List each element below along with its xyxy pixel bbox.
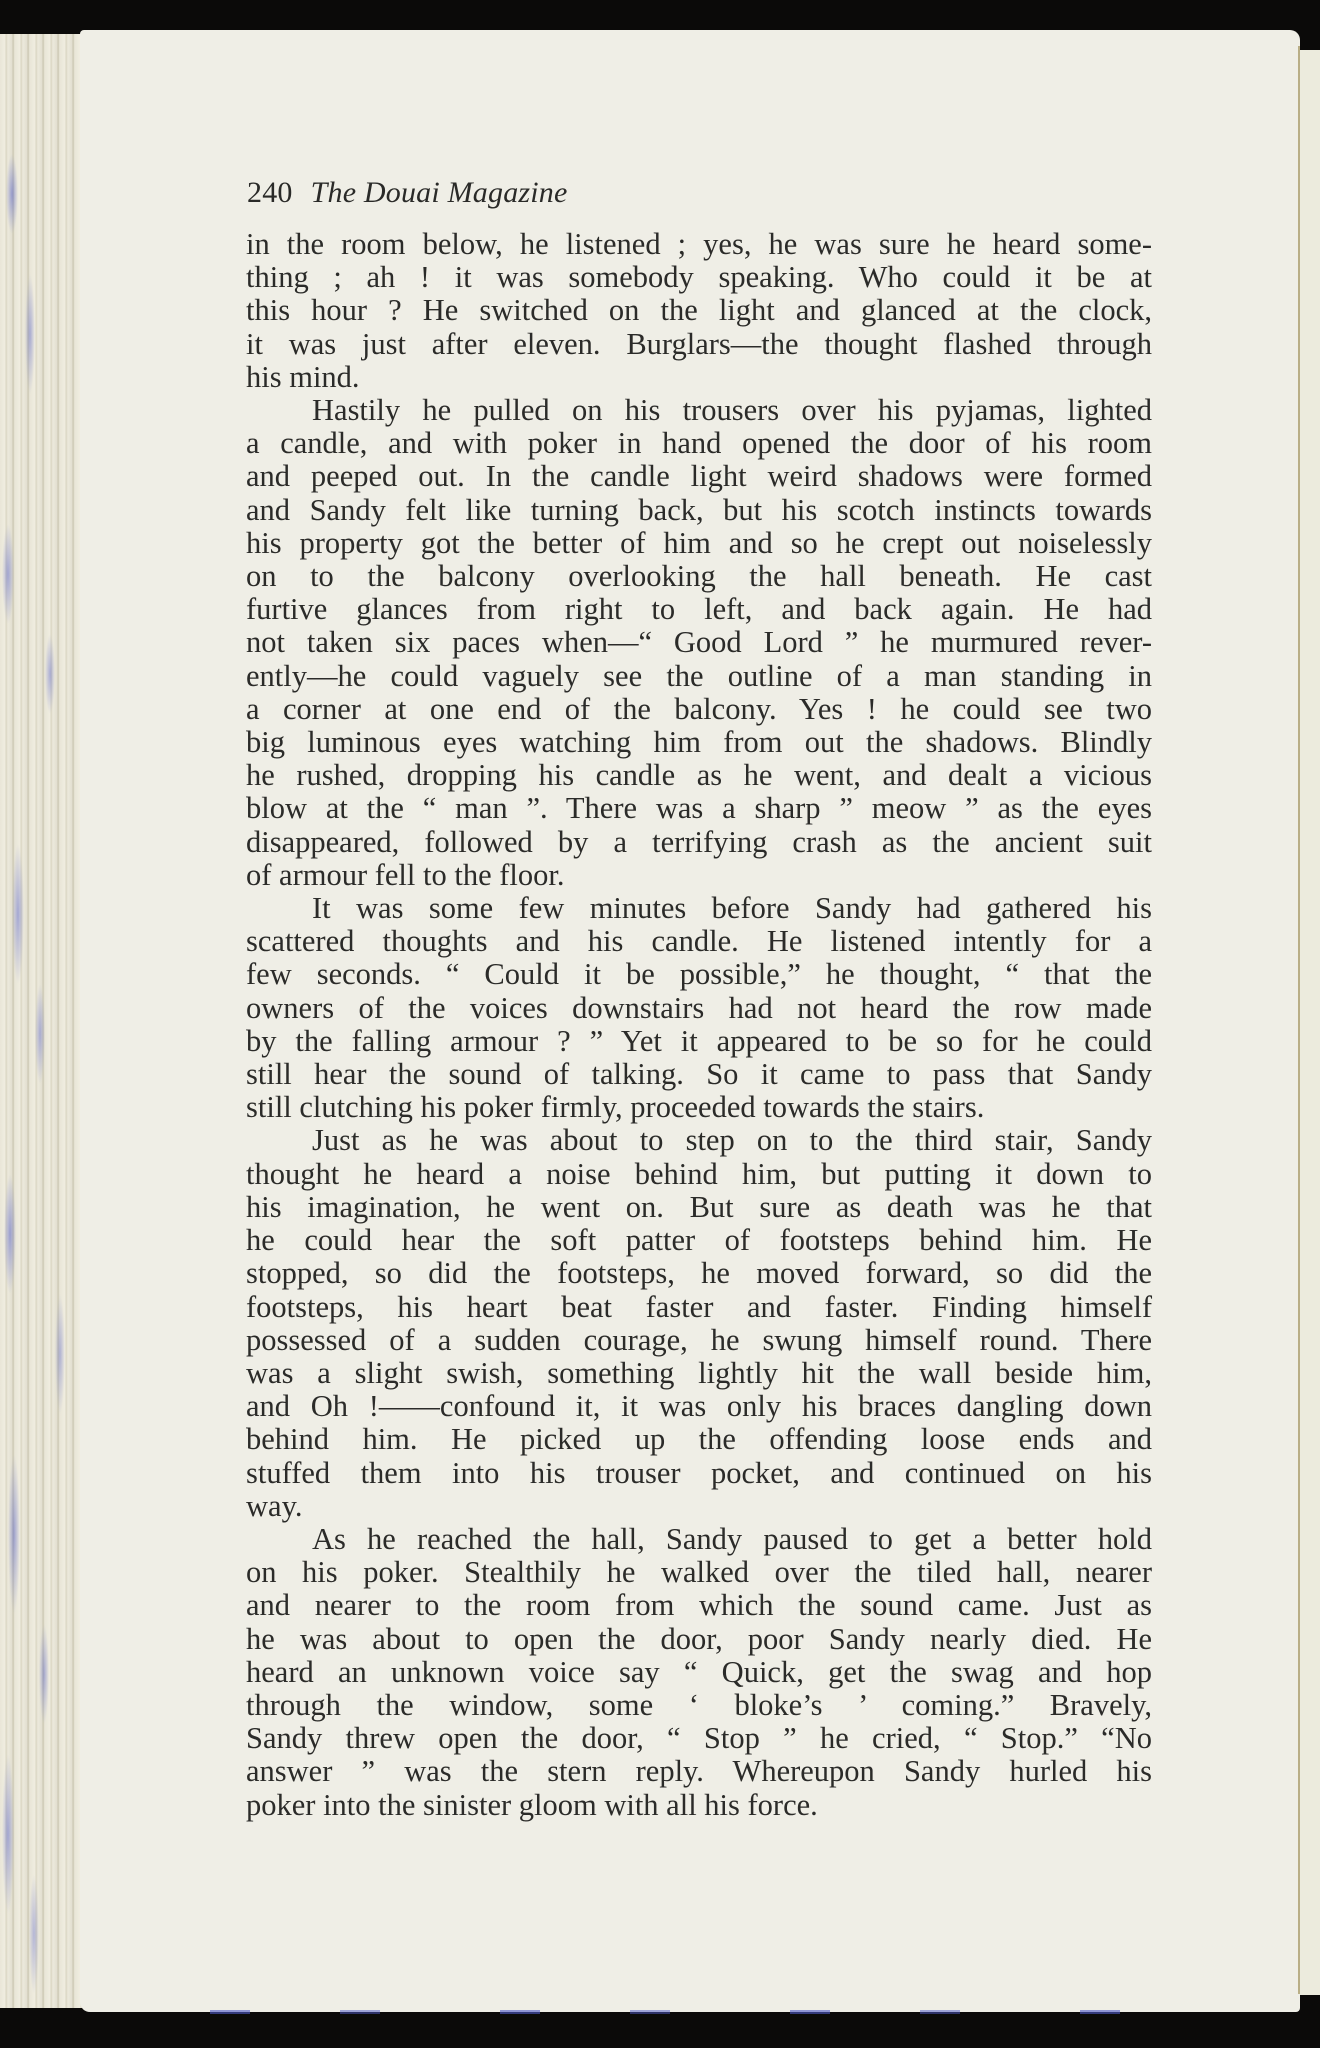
text-line: a candle, and with poker in hand opened … [246, 427, 1152, 460]
text-line: heard an unknown voice say “ Quick, get … [246, 1656, 1152, 1689]
text-line: answer ” was the stern reply. Whereupon … [246, 1755, 1152, 1788]
text-line: he was about to open the door, poor Sand… [246, 1623, 1152, 1656]
text-line: It was some few minutes before Sandy had… [246, 892, 1152, 925]
article-body: in the room below, he listened ; yes, he… [246, 228, 1152, 1822]
text-line: a corner at one end of the balcony. Yes … [246, 693, 1152, 726]
text-line: and nearer to the room from which the so… [246, 1589, 1152, 1622]
text-line: and peeped out. In the candle light weir… [246, 460, 1152, 493]
book-fore-edge [0, 34, 82, 2008]
text-line: in the room below, he listened ; yes, he… [246, 228, 1152, 261]
text-line: through the window, some ‘ bloke’s ’ com… [246, 1689, 1152, 1722]
text-line: still hear the sound of talking. So it c… [246, 1058, 1152, 1091]
text-line: and Oh !——confound it, it was only his b… [246, 1390, 1152, 1423]
text-line: Just as he was about to step on to the t… [246, 1124, 1152, 1157]
paragraph: It was some few minutes before Sandy had… [246, 892, 1152, 1124]
text-line: poker into the sinister gloom with all h… [246, 1789, 1152, 1822]
text-line: stopped, so did the footsteps, he moved … [246, 1257, 1152, 1290]
text-line: by the falling armour ? ” Yet it appeare… [246, 1025, 1152, 1058]
text-line: few seconds. “ Could it be possible,” he… [246, 958, 1152, 991]
text-line: was a slight swish, something lightly hi… [246, 1357, 1152, 1390]
bottom-edge-marks [90, 2010, 1190, 2014]
text-line: on his poker. Stealthily he walked over … [246, 1556, 1152, 1589]
text-line: Sandy threw open the door, “ Stop ” he c… [246, 1722, 1152, 1755]
text-line: furtive glances from right to left, and … [246, 593, 1152, 626]
scanned-book-page: 240The Douai Magazine in the room below,… [0, 0, 1320, 2048]
text-line: and Sandy felt like turning back, but hi… [246, 494, 1152, 527]
running-head: 240The Douai Magazine [247, 176, 568, 210]
text-line: ently—he could vaguely see the outline o… [246, 660, 1152, 693]
text-line: it was just after eleven. Burglars—the t… [246, 328, 1152, 361]
text-line: on to the balcony overlooking the hall b… [246, 560, 1152, 593]
text-line: his property got the better of him and s… [246, 527, 1152, 560]
page-number: 240 [247, 176, 293, 209]
text-line: stuffed them into his trouser pocket, an… [246, 1457, 1152, 1490]
text-line: big luminous eyes watching him from out … [246, 726, 1152, 759]
text-line: possessed of a sudden courage, he swung … [246, 1324, 1152, 1357]
text-line: footsteps, his heart beat faster and fas… [246, 1291, 1152, 1324]
text-line: behind him. He picked up the offending l… [246, 1423, 1152, 1456]
adjacent-page-edge [1300, 50, 1320, 1995]
text-line: As he reached the hall, Sandy paused to … [246, 1523, 1152, 1556]
text-line: not taken six paces when—“ Good Lord ” h… [246, 626, 1152, 659]
journal-title: The Douai Magazine [311, 176, 568, 209]
text-line: disappeared, followed by a terrifying cr… [246, 826, 1152, 859]
text-line: his mind. [246, 361, 1152, 394]
text-line: his imagination, he went on. But sure as… [246, 1191, 1152, 1224]
text-line: thing ; ah ! it was somebody speaking. W… [246, 261, 1152, 294]
paragraph: Just as he was about to step on to the t… [246, 1124, 1152, 1522]
paragraph: As he reached the hall, Sandy paused to … [246, 1523, 1152, 1822]
text-line: of armour fell to the floor. [246, 859, 1152, 892]
text-line: thought he heard a noise behind him, but… [246, 1158, 1152, 1191]
text-line: this hour ? He switched on the light and… [246, 294, 1152, 327]
paragraph: in the room below, he listened ; yes, he… [246, 228, 1152, 394]
text-line: still clutching his poker firmly, procee… [246, 1091, 1152, 1124]
text-line: Hastily he pulled on his trousers over h… [246, 394, 1152, 427]
paragraph: Hastily he pulled on his trousers over h… [246, 394, 1152, 892]
text-line: scattered thoughts and his candle. He li… [246, 925, 1152, 958]
text-line: way. [246, 1490, 1152, 1523]
text-line: he could hear the soft patter of footste… [246, 1224, 1152, 1257]
text-line: blow at the “ man ”. There was a sharp ”… [246, 792, 1152, 825]
text-line: owners of the voices downstairs had not … [246, 992, 1152, 1025]
text-line: he rushed, dropping his candle as he wen… [246, 759, 1152, 792]
